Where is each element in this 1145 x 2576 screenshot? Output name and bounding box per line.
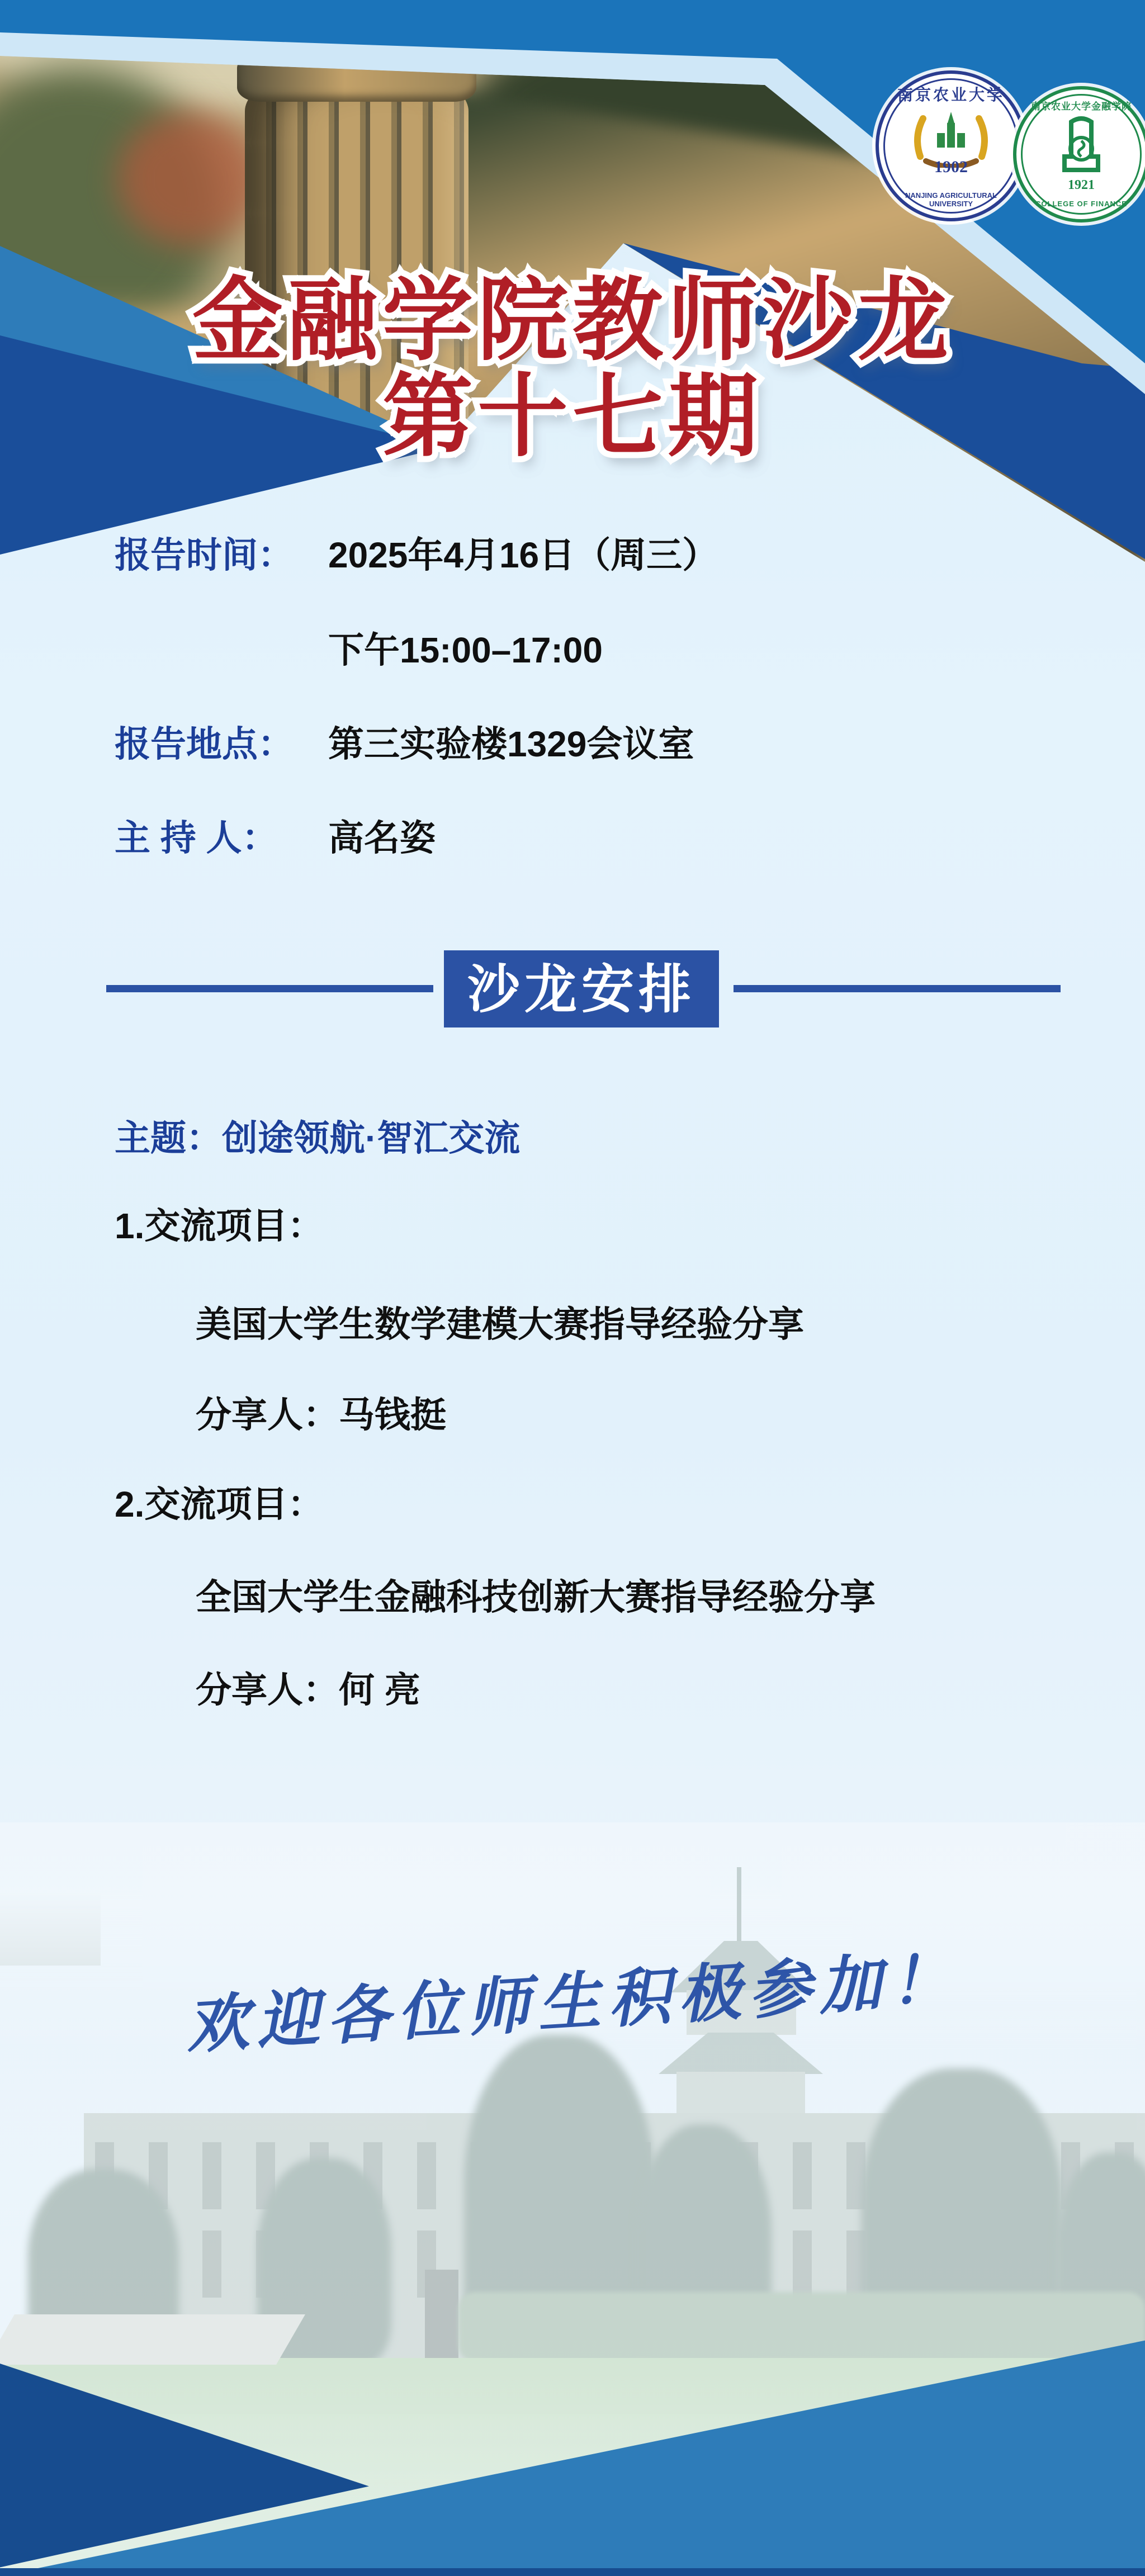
time-value-2: 下午15:00–17:00 (328, 630, 603, 670)
item1-presenter-label: 分享人： (196, 1395, 339, 1435)
title-line-2: 第十七期 第十七期 (0, 369, 1145, 465)
section-banner: 沙龙安排 (444, 950, 719, 1027)
logo-college-name-cn: 南京农业大学金融学院 (1016, 98, 1145, 112)
photo-building-blur (117, 112, 263, 246)
time-label: 报告时间： (115, 527, 328, 578)
hedge (458, 2292, 1145, 2362)
title-line-1-text: 金融学院教师沙龙 (192, 270, 953, 371)
title-line-1: 金融学院教师沙龙 金融学院教师沙龙 (0, 273, 1145, 369)
theme-label: 主题： (115, 1118, 222, 1158)
info-row-host: 主 持 人：高名姿 (115, 809, 436, 861)
finance-emblem-icon (1048, 114, 1115, 176)
poster-title: 金融学院教师沙龙 金融学院教师沙龙 第十七期 第十七期 (0, 273, 1145, 465)
item1-project: 美国大学生数学建模大赛指导经验分享 (196, 1296, 804, 1347)
item1-presenter-name: 马钱挺 (339, 1395, 446, 1435)
time-value: 2025年4月16日（周三） (328, 535, 718, 575)
place-value: 第三实验楼1329会议室 (328, 724, 694, 764)
logo-university: 南京农业大学 1902 NANJING AGRICULTURAL UNIVERS… (876, 70, 1026, 221)
walking-path (0, 2314, 305, 2365)
info-row-time: 报告时间：2025年4月16日（周三） (115, 527, 718, 578)
logo-college-year: 1921 (1016, 178, 1145, 193)
item1-heading: 1.交流项目： (115, 1197, 323, 1249)
logo-university-name-en: NANJING AGRICULTURAL UNIVERSITY (893, 191, 1009, 208)
info-row-place: 报告地点：第三实验楼1329会议室 (115, 716, 694, 767)
host-label: 主 持 人： (115, 809, 328, 861)
host-value: 高名姿 (328, 818, 436, 858)
logo-university-name-cn: 南京农业大学 (879, 83, 1023, 105)
salon-theme: 主题：创途领航·智汇交流 (115, 1110, 520, 1161)
info-row-time2: 下午15:00–17:00 (328, 622, 603, 673)
item2-heading: 2.交流项目： (115, 1476, 323, 1527)
theme-value: 创途领航·智汇交流 (222, 1118, 520, 1158)
place-label: 报告地点： (115, 716, 328, 767)
logo-college-name-en: COLLEGE OF FINANCE (1029, 200, 1133, 208)
title-line-2-text: 第十七期 (382, 366, 763, 467)
item2-presenter: 分享人：何 亮 (196, 1661, 420, 1713)
item2-presenter-label: 分享人： (196, 1670, 339, 1710)
poster-root: 南京农业大学 1902 NANJING AGRICULTURAL UNIVERS… (0, 0, 1145, 2576)
banner-line-right (734, 985, 1061, 992)
item2-project: 全国大学生金融科技创新大赛指导经验分享 (196, 1569, 876, 1620)
decor-bottom-bar (0, 2568, 1145, 2576)
banner-line-left (106, 985, 433, 992)
building-door (425, 2270, 458, 2359)
logo-college-of-finance: 南京农业大学金融学院 1921 COLLEGE OF FINANCE (1013, 86, 1145, 222)
item2-presenter-name: 何 亮 (339, 1670, 420, 1710)
logo-university-year: 1902 (879, 158, 1023, 177)
item1-presenter: 分享人：马钱挺 (196, 1386, 446, 1438)
building-spire (737, 1867, 741, 1951)
